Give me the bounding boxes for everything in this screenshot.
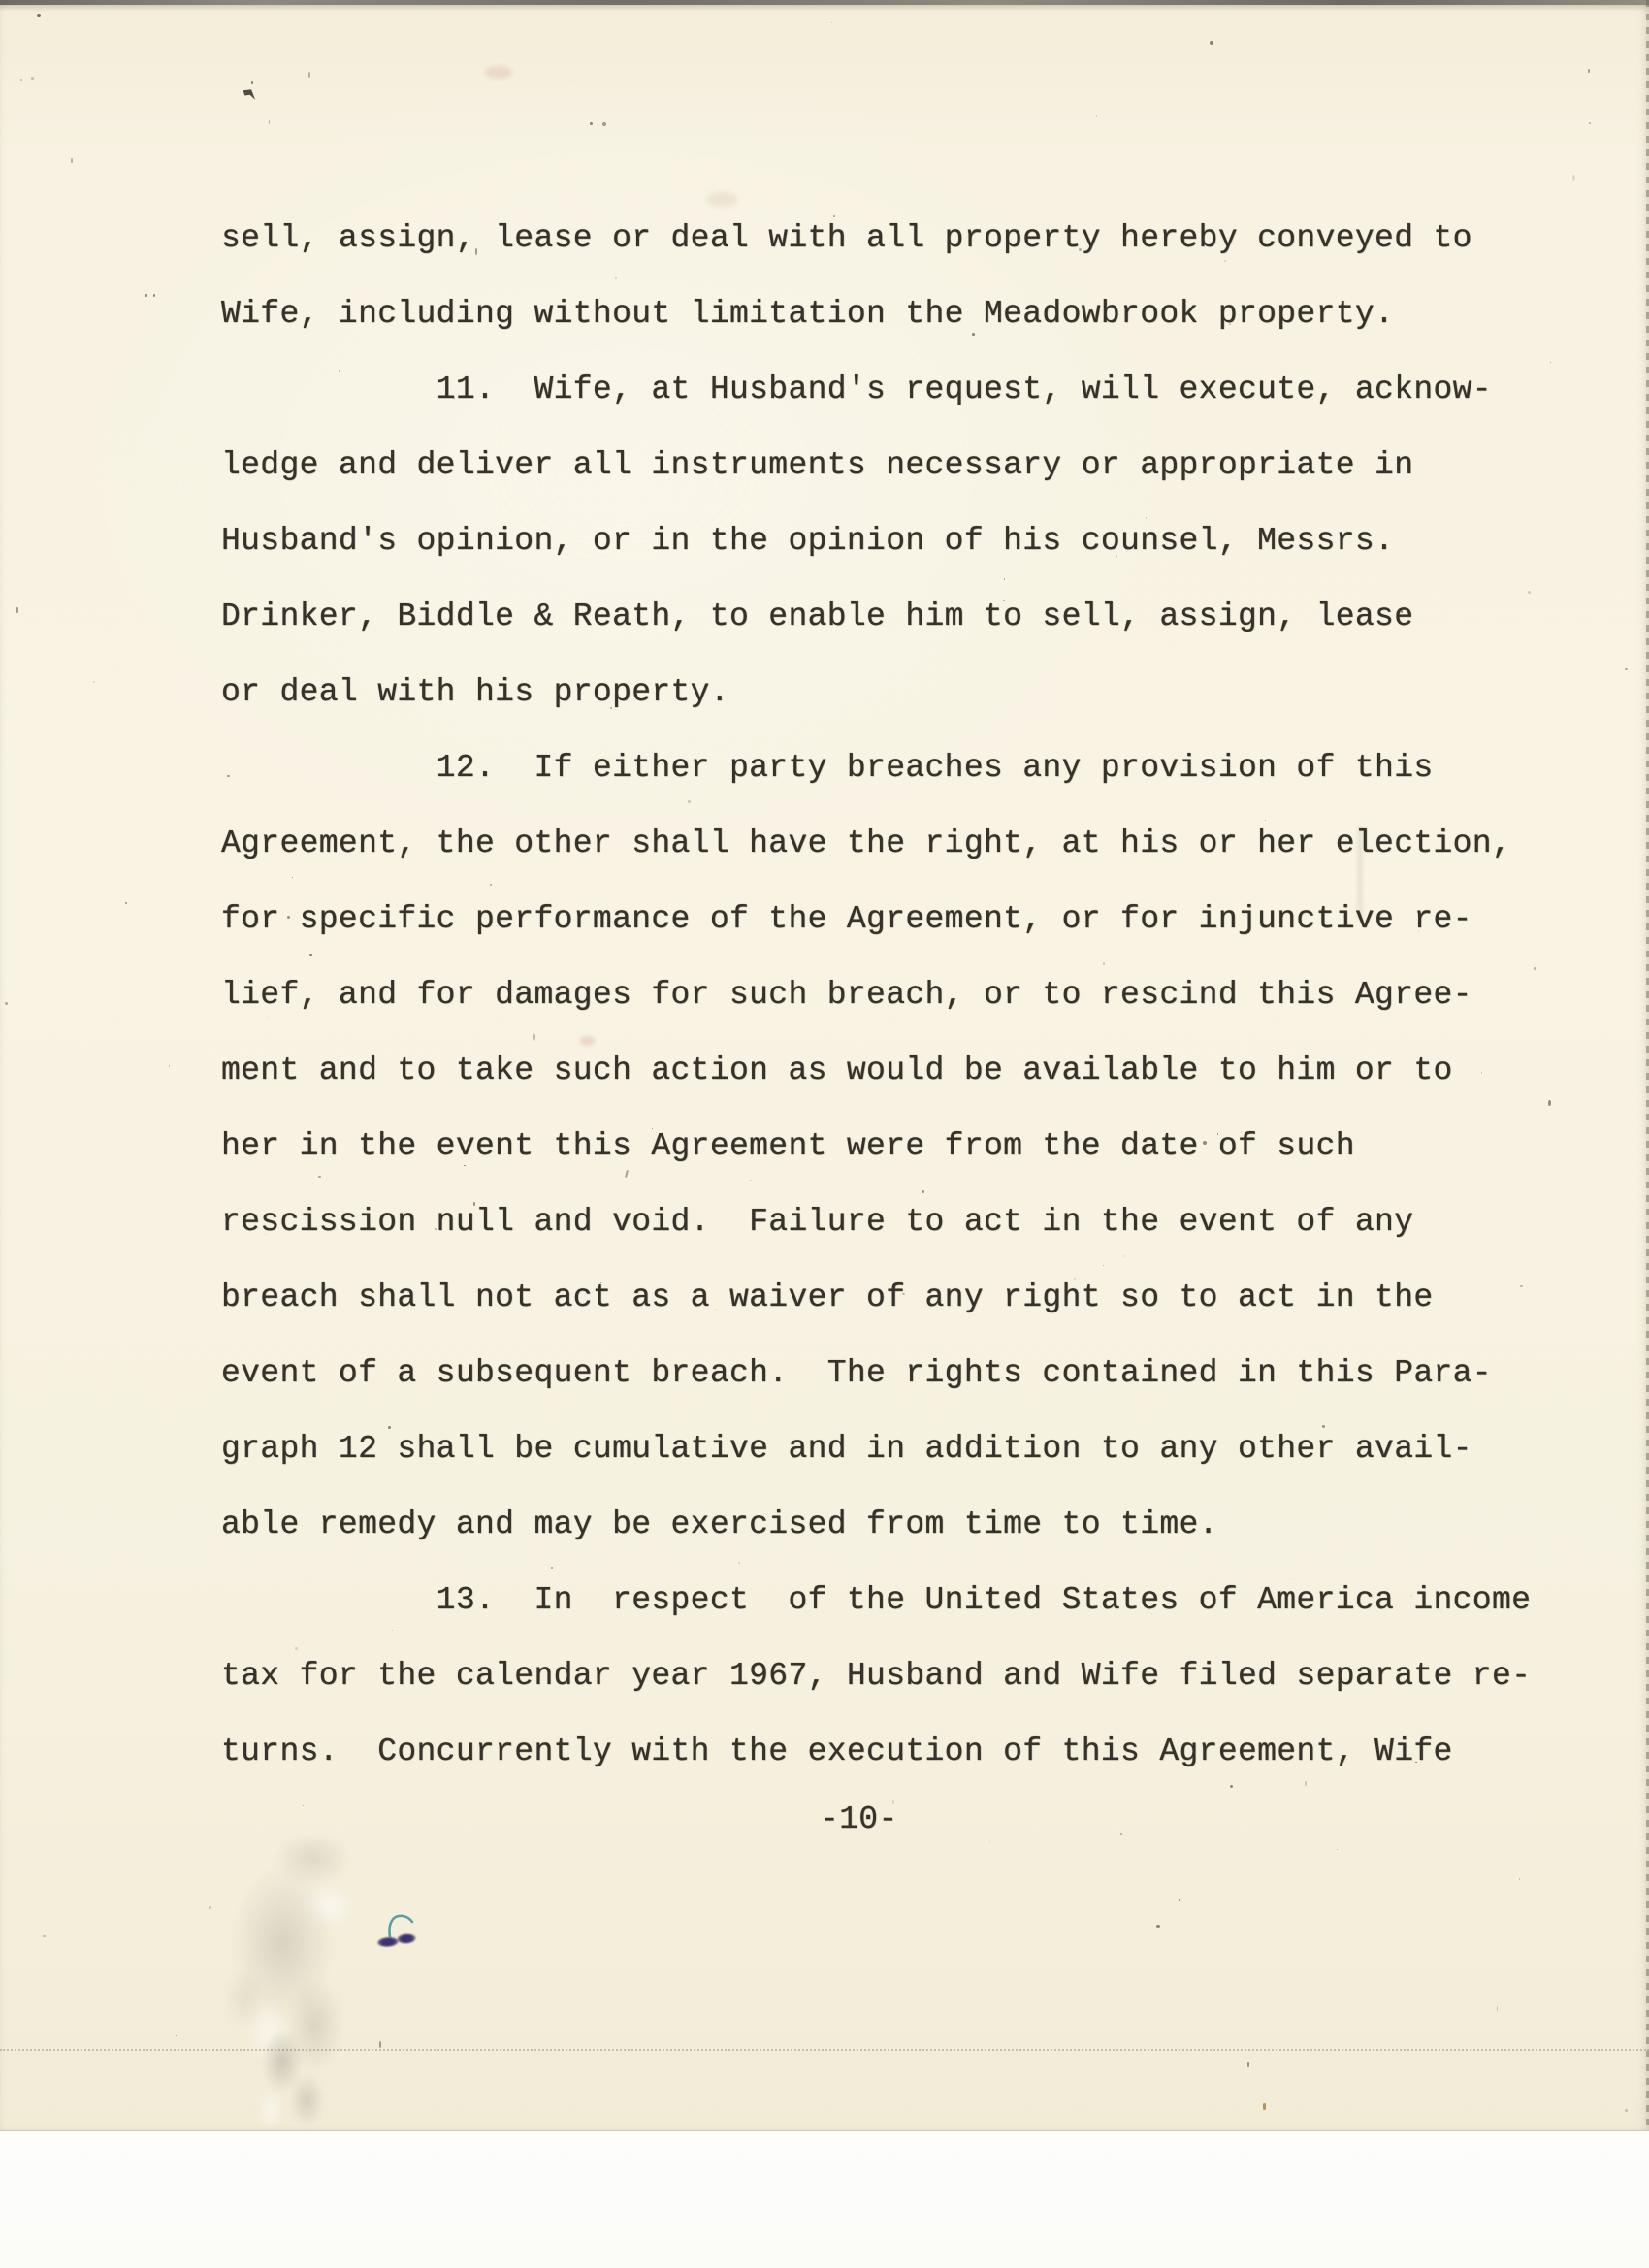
page-number: -10- [820, 1800, 898, 1839]
text-line: 13. In respect of the United States of A… [221, 1581, 1531, 1620]
text-line: able remedy and may be exercised from ti… [221, 1506, 1218, 1544]
text-line: ledge and deliver all instruments necess… [221, 446, 1413, 485]
text-line: 11. Wife, at Husband's request, will exe… [221, 371, 1492, 409]
text-line: event of a subsequent breach. The rights… [221, 1354, 1492, 1393]
scan-background-bottom [0, 2131, 1649, 2268]
text-line: her in the event this Agreement were fro… [221, 1127, 1355, 1166]
text-line: ment and to take such action as would be… [221, 1052, 1453, 1090]
text-line: or deal with his property. [221, 673, 729, 712]
text-line: tax for the calendar year 1967, Husband … [221, 1657, 1531, 1696]
text-line: Husband's opinion, or in the opinion of … [221, 522, 1394, 561]
paper-sheet: sell, assign, lease or deal with all pro… [0, 0, 1649, 2131]
text-line: breach shall not act as a waiver of any … [221, 1279, 1434, 1317]
text-line: Wife, including without limitation the M… [221, 295, 1394, 334]
text-line: for specific performance of the Agreemen… [221, 900, 1472, 939]
text-line: 12. If either party breaches any provisi… [221, 749, 1434, 788]
text-line: sell, assign, lease or deal with all pro… [221, 219, 1472, 258]
text-line: Agreement, the other shall have the righ… [221, 825, 1511, 863]
text-line: Drinker, Biddle & Reath, to enable him t… [221, 598, 1413, 636]
text-line: graph 12 shall be cumulative and in addi… [221, 1430, 1472, 1469]
text-line: lief, and for damages for such breach, o… [221, 976, 1472, 1015]
text-line: turns. Concurrently with the execution o… [221, 1733, 1453, 1771]
text-line: rescission null and void. Failure to act… [221, 1203, 1413, 1242]
